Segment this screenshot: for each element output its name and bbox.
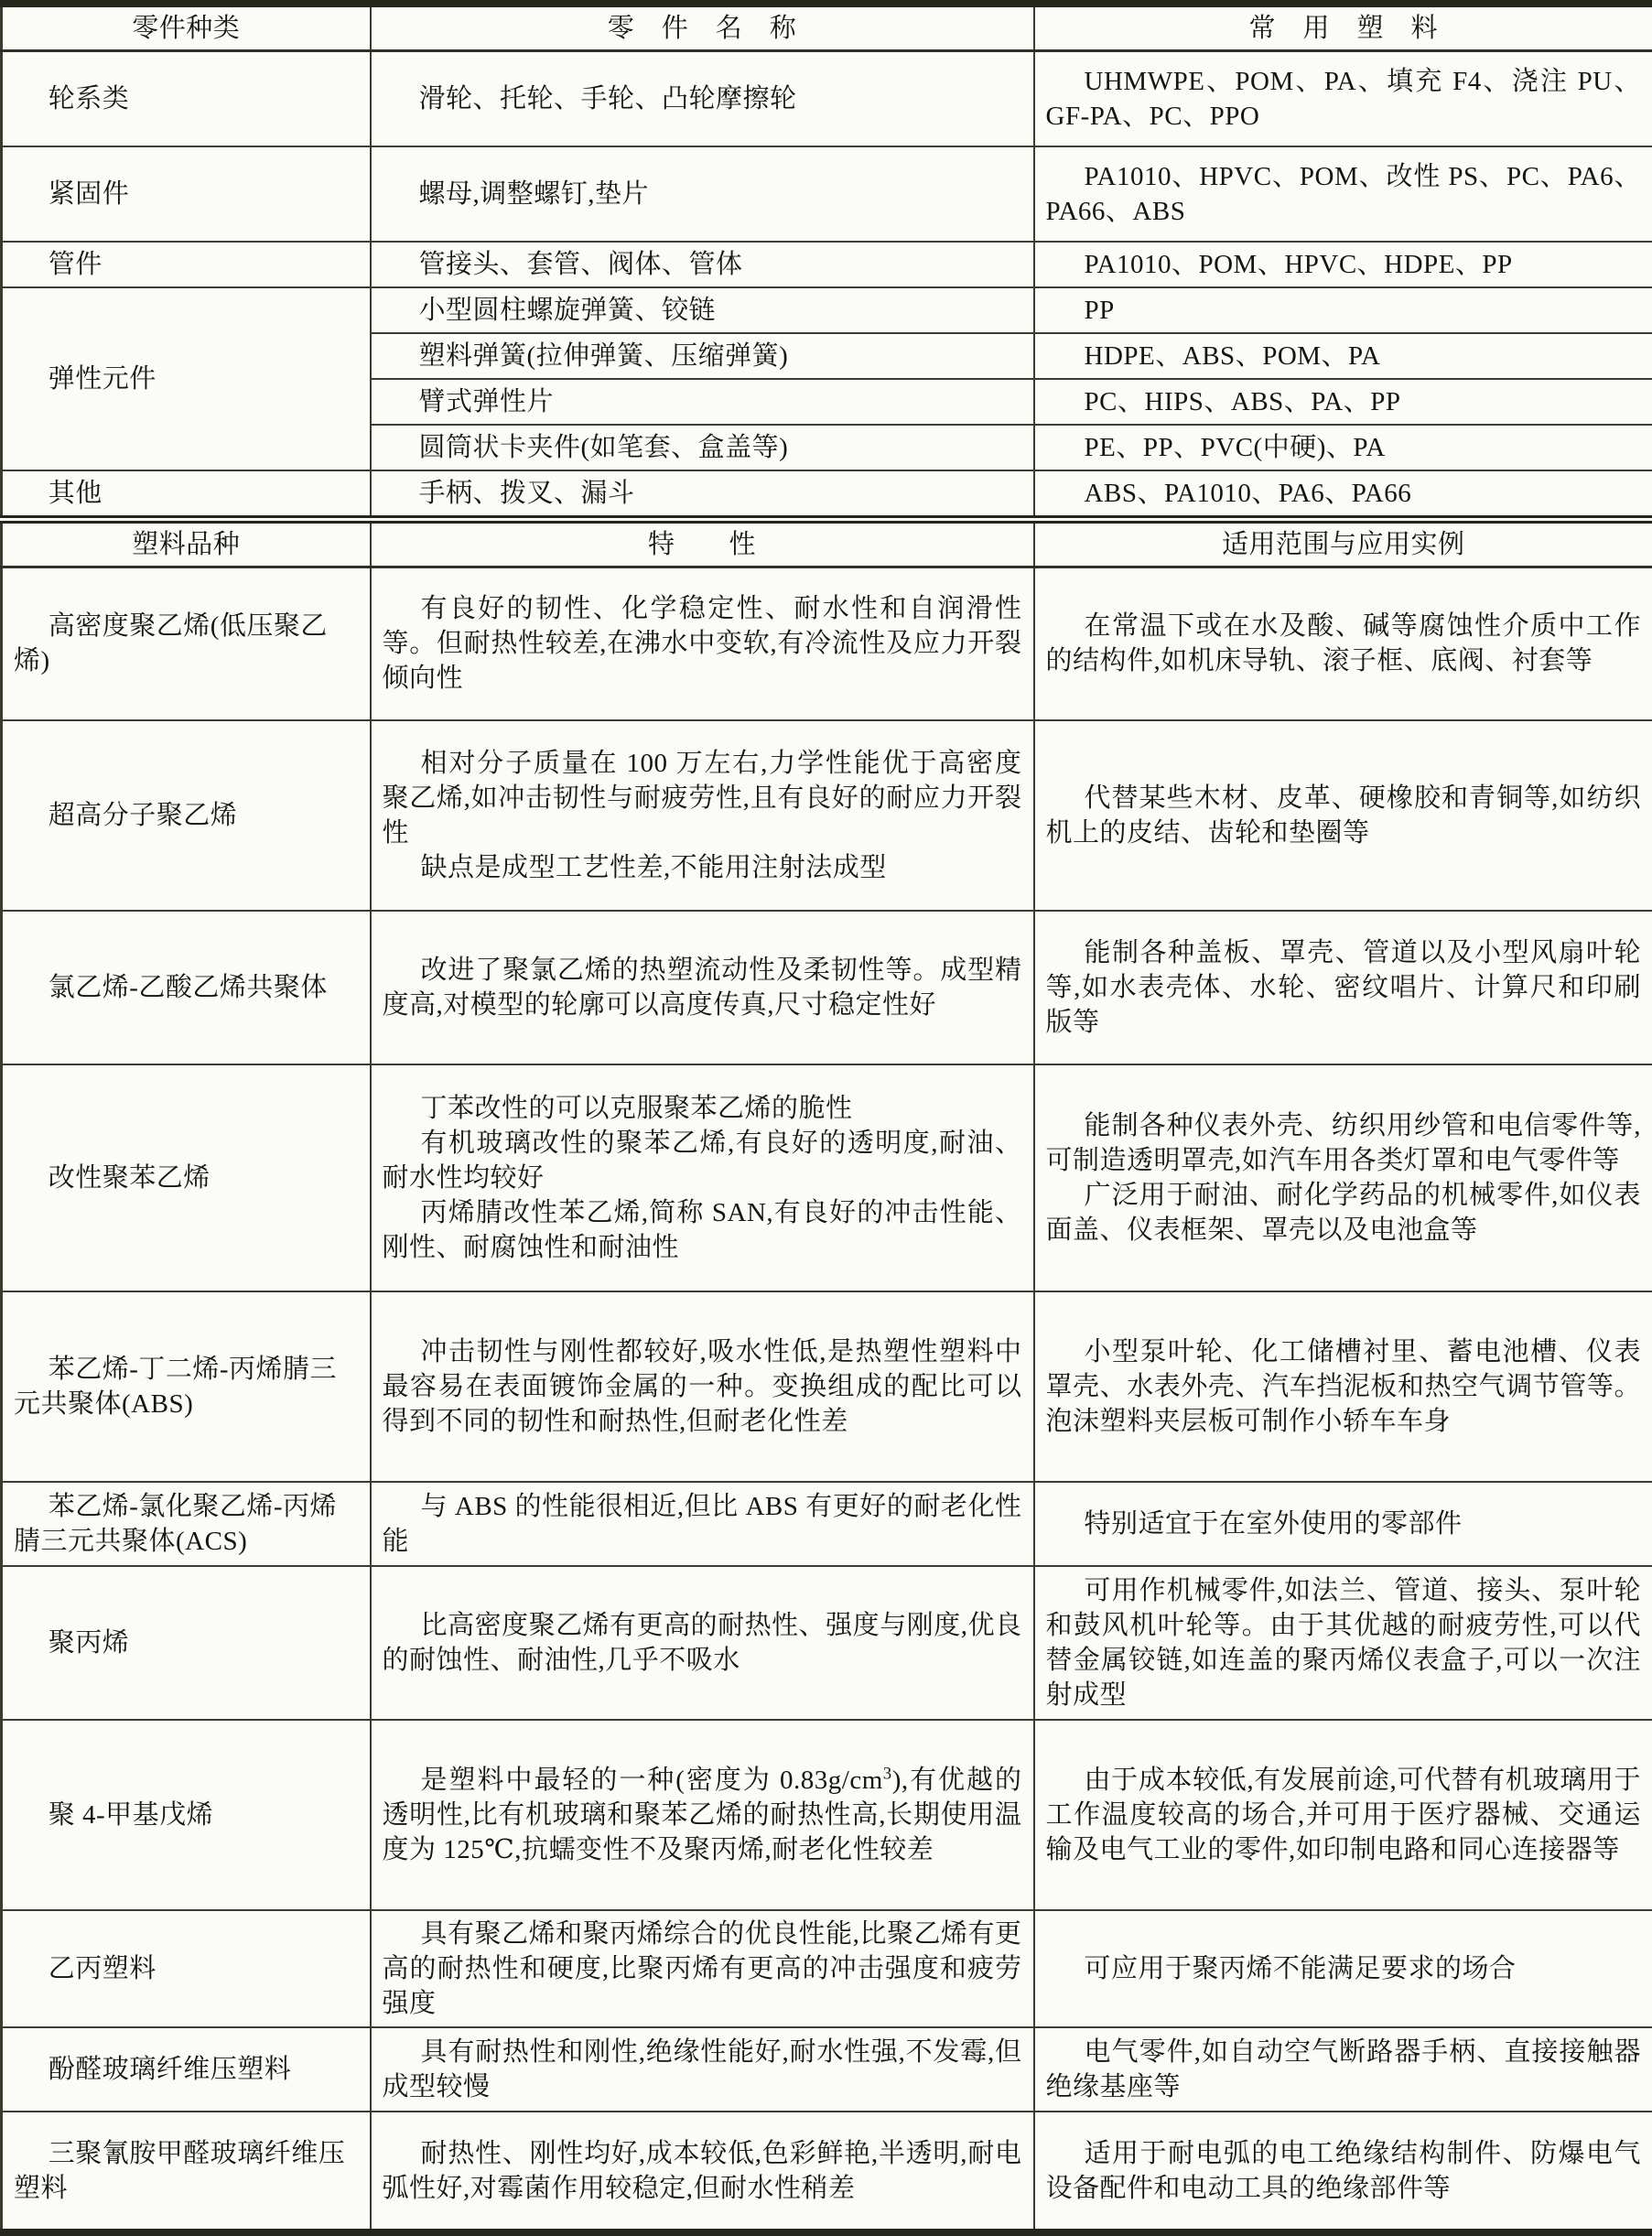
parts-cell: 圆筒状卡夹件(如笔套、盒盖等): [371, 425, 1034, 470]
header-label: 特 性: [377, 527, 1028, 562]
table-row-fasteners: 紧固件 螺母,调整螺钉,垫片 PA1010、HPVC、POM、改性 PS、PC、…: [2, 146, 1652, 242]
table-row-epm: 乙丙塑料 具有聚乙烯和聚丙烯综合的优良性能,比聚乙烯有更高的耐热性和硬度,比聚丙…: [2, 1910, 1652, 2027]
parts-cell: 臂式弹性片: [371, 379, 1034, 425]
variety-cell: 乙丙塑料: [2, 1910, 371, 2027]
parts-text: 塑料弹簧(拉伸弹簧、压缩弹簧): [419, 339, 1022, 373]
plastics-cell: PC、HIPS、ABS、PA、PP: [1034, 379, 1652, 425]
traits-cell: 耐热性、刚性均好,成本较低,色彩鲜艳,半透明,耐电弧性好,对霉菌作用较稳定,但耐…: [371, 2112, 1034, 2232]
table-row-melamine: 三聚氰胺甲醛玻璃纤维压塑料 耐热性、刚性均好,成本较低,色彩鲜艳,半透明,耐电弧…: [2, 2112, 1652, 2232]
table-row-pipe-fittings: 管件 管接头、套管、阀体、管体 PA1010、POM、HPVC、HDPE、PP: [2, 242, 1652, 287]
traits-cell: 有良好的韧性、化学稳定性、耐水性和自润滑性等。但耐热性较差,在沸水中变软,有冷流…: [371, 567, 1034, 720]
applications-cell: 可应用于聚丙烯不能满足要求的场合: [1034, 1910, 1652, 2027]
parts-text: 手柄、拨叉、漏斗: [419, 476, 1022, 511]
parts-cell: 管接头、套管、阀体、管体: [371, 242, 1034, 287]
parts-text: 滑轮、托轮、手轮、凸轮摩擦轮: [419, 81, 1022, 116]
traits-cell: 与 ABS 的性能很相近,但比 ABS 有更好的耐老化性能: [371, 1482, 1034, 1566]
category-label: 其他: [14, 476, 359, 511]
applications-paragraph: 能制各种仪表外壳、纺织用纱管和电信零件等,可制造透明罩壳,如汽车用各类灯罩和电气…: [1046, 1108, 1642, 1178]
variety-cell: 苯乙烯-丁二烯-丙烯腈三元共聚体(ABS): [2, 1291, 371, 1482]
header-common-plastics: 常 用 塑 料: [1034, 4, 1652, 51]
applications-paragraph: 小型泵叶轮、化工储槽衬里、蓄电池槽、仪表罩壳、水表外壳、汽车挡泥板和热空气调节管…: [1046, 1334, 1642, 1439]
plastics-text: PP: [1046, 293, 1642, 328]
variety-cell: 氯乙烯-乙酸乙烯共聚体: [2, 911, 371, 1064]
applications-paragraph: 特别适宜于在室外使用的零部件: [1046, 1507, 1642, 1541]
applications-paragraph: 适用于耐电弧的电工绝缘结构制件、防爆电气设备配件和电动工具的绝缘部件等: [1046, 2136, 1642, 2206]
applications-cell: 可用作机械零件,如法兰、管道、接头、泵叶轮和鼓风机叶轮等。由于其优越的耐疲劳性,…: [1034, 1566, 1652, 1720]
applications-paragraph: 能制各种盖板、罩壳、管道以及小型风扇叶轮等,如水表壳体、水轮、密纹唱片、计算尺和…: [1046, 935, 1642, 1040]
variety-label: 三聚氰胺甲醛玻璃纤维压塑料: [14, 2136, 359, 2206]
category-cell: 紧固件: [2, 146, 371, 242]
traits-paragraph: 具有耐热性和刚性,绝缘性能好,耐水性强,不发霉,但成型较慢: [383, 2035, 1022, 2104]
table-row-wheels: 轮系类 滑轮、托轮、手轮、凸轮摩擦轮 UHMWPE、POM、PA、填充 F4、浇…: [2, 51, 1652, 146]
parts-text: 臂式弹性片: [419, 384, 1022, 419]
category-label: 轮系类: [14, 81, 359, 116]
variety-cell: 聚丙烯: [2, 1566, 371, 1720]
traits-paragraph: 丙烯腈改性苯乙烯,简称 SAN,有良好的冲击性能、刚性、耐腐蚀性和耐油性: [383, 1195, 1022, 1265]
header-characteristics: 特 性: [371, 519, 1034, 567]
variety-label: 聚丙烯: [14, 1626, 359, 1660]
document-page: 零件种类 零 件 名 称 常 用 塑 料 轮系类 滑轮、托轮、手轮、凸轮摩擦轮 …: [0, 0, 1652, 2236]
traits-cell: 具有聚乙烯和聚丙烯综合的优良性能,比聚乙烯有更高的耐热性和硬度,比聚丙烯有更高的…: [371, 1910, 1034, 2027]
parts-cell: 塑料弹簧(拉伸弹簧、压缩弹簧): [371, 333, 1034, 379]
traits-paragraph: 有良好的韧性、化学稳定性、耐水性和自润滑性等。但耐热性较差,在沸水中变软,有冷流…: [383, 591, 1022, 696]
plastics-text: PA1010、POM、HPVC、HDPE、PP: [1046, 247, 1642, 282]
parts-header-row: 零件种类 零 件 名 称 常 用 塑 料: [2, 4, 1652, 51]
plastics-cell: PE、PP、PVC(中硬)、PA: [1034, 425, 1652, 470]
plastics-text: PA1010、HPVC、POM、改性 PS、PC、PA6、PA66、ABS: [1046, 159, 1642, 229]
applications-paragraph: 由于成本较低,有发展前途,可代替有机玻璃用于工作温度较高的场合,并可用于医疗器械…: [1046, 1763, 1642, 1867]
category-label: 紧固件: [14, 177, 359, 211]
plastics-text: PC、HIPS、ABS、PA、PP: [1046, 384, 1642, 419]
applications-cell: 小型泵叶轮、化工储槽衬里、蓄电池槽、仪表罩壳、水表外壳、汽车挡泥板和热空气调节管…: [1034, 1291, 1652, 1482]
variety-cell: 苯乙烯-氯化聚乙烯-丙烯腈三元共聚体(ACS): [2, 1482, 371, 1566]
category-cell-elastic: 弹性元件: [2, 287, 371, 470]
variety-cell: 高密度聚乙烯(低压聚乙烯): [2, 567, 371, 720]
applications-paragraph: 电气零件,如自动空气断路器手柄、直接接触器绝缘基座等: [1046, 2035, 1642, 2104]
applications-cell: 在常温下或在水及酸、碱等腐蚀性介质中工作的结构件,如机床导轨、滚子框、底阀、衬套…: [1034, 567, 1652, 720]
parts-text: 管接头、套管、阀体、管体: [419, 247, 1022, 282]
category-cell: 管件: [2, 242, 371, 287]
variety-cell: 酚醛玻璃纤维压塑料: [2, 2027, 371, 2112]
header-part-category: 零件种类: [2, 4, 371, 51]
variety-cell: 聚 4-甲基戊烯: [2, 1720, 371, 1910]
plastics-cell: PP: [1034, 287, 1652, 333]
parts-cell: 手柄、拨叉、漏斗: [371, 470, 1034, 520]
traits-paragraph: 缺点是成型工艺性差,不能用注射法成型: [383, 850, 1022, 885]
traits-cell: 改进了聚氯乙烯的热塑流动性及柔韧性等。成型精度高,对模型的轮廓可以高度传真,尺寸…: [371, 911, 1034, 1064]
applications-cell: 能制各种仪表外壳、纺织用纱管和电信零件等,可制造透明罩壳,如汽车用各类灯罩和电气…: [1034, 1064, 1652, 1291]
traits-paragraph: 丁苯改性的可以克服聚苯乙烯的脆性: [383, 1091, 1022, 1126]
variety-label: 苯乙烯-氯化聚乙烯-丙烯腈三元共聚体(ACS): [14, 1489, 359, 1559]
superscript: 3: [883, 1764, 892, 1783]
table-row-acs: 苯乙烯-氯化聚乙烯-丙烯腈三元共聚体(ACS) 与 ABS 的性能很相近,但比 …: [2, 1482, 1652, 1566]
table-row-pmp: 聚 4-甲基戊烯 是塑料中最轻的一种(密度为 0.83g/cm3),有优越的透明…: [2, 1720, 1652, 1910]
traits-paragraph: 耐热性、刚性均好,成本较低,色彩鲜艳,半透明,耐电弧性好,对霉菌作用较稳定,但耐…: [383, 2136, 1022, 2206]
applications-paragraph: 广泛用于耐油、耐化学药品的机械零件,如仪表面盖、仪表框架、罩壳以及电池盒等: [1046, 1178, 1642, 1248]
applications-paragraph: 可用作机械零件,如法兰、管道、接头、泵叶轮和鼓风机叶轮等。由于其优越的耐疲劳性,…: [1046, 1573, 1642, 1712]
plastics-text: ABS、PA1010、PA6、PA66: [1046, 476, 1642, 511]
traits-paragraph: 相对分子质量在 100 万左右,力学性能优于高密度聚乙烯,如冲击韧性与耐疲劳性,…: [383, 746, 1022, 850]
traits-cell: 丁苯改性的可以克服聚苯乙烯的脆性 有机玻璃改性的聚苯乙烯,有良好的透明度,耐油、…: [371, 1064, 1034, 1291]
parts-cell: 小型圆柱螺旋弹簧、铰链: [371, 287, 1034, 333]
parts-cell: 滑轮、托轮、手轮、凸轮摩擦轮: [371, 51, 1034, 146]
plastics-cell: PA1010、HPVC、POM、改性 PS、PC、PA6、PA66、ABS: [1034, 146, 1652, 242]
category-label: 弹性元件: [14, 362, 359, 396]
plastics-cell: UHMWPE、POM、PA、填充 F4、浇注 PU、GF-PA、PC、PPO: [1034, 51, 1652, 146]
plastics-cell: PA1010、POM、HPVC、HDPE、PP: [1034, 242, 1652, 287]
plastics-cell: HDPE、ABS、POM、PA: [1034, 333, 1652, 379]
category-label: 管件: [14, 247, 359, 282]
applications-cell: 由于成本较低,有发展前途,可代替有机玻璃用于工作温度较高的场合,并可用于医疗器械…: [1034, 1720, 1652, 1910]
applications-cell: 适用于耐电弧的电工绝缘结构制件、防爆电气设备配件和电动工具的绝缘部件等: [1034, 2112, 1652, 2232]
applications-cell: 电气零件,如自动空气断路器手柄、直接接触器绝缘基座等: [1034, 2027, 1652, 2112]
traits-paragraph: 比高密度聚乙烯有更高的耐热性、强度与刚度,优良的耐蚀性、耐油性,几乎不吸水: [383, 1608, 1022, 1678]
variety-label: 酚醛玻璃纤维压塑料: [14, 2052, 359, 2087]
variety-label: 聚 4-甲基戊烯: [14, 1798, 359, 1832]
traits-paragraph: 是塑料中最轻的一种(密度为 0.83g/cm3),有优越的透明性,比有机玻璃和聚…: [383, 1763, 1022, 1867]
header-part-name: 零 件 名 称: [371, 4, 1034, 51]
table-row-others: 其他 手柄、拨叉、漏斗 ABS、PA1010、PA6、PA66: [2, 470, 1652, 520]
table-row-uhmwpe: 超高分子聚乙烯 相对分子质量在 100 万左右,力学性能优于高密度聚乙烯,如冲击…: [2, 720, 1652, 911]
variety-label: 超高分子聚乙烯: [14, 798, 359, 833]
applications-paragraph: 代替某些木材、皮革、硬橡胶和青铜等,如纺织机上的皮结、齿轮和垫圈等: [1046, 781, 1642, 850]
table-row-pp: 聚丙烯 比高密度聚乙烯有更高的耐热性、强度与刚度,优良的耐蚀性、耐油性,几乎不吸…: [2, 1566, 1652, 1720]
category-cell: 轮系类: [2, 51, 371, 146]
variety-label: 高密度聚乙烯(低压聚乙烯): [14, 609, 359, 678]
traits-paragraph: 冲击韧性与刚性都较好,吸水性低,是热塑性塑料中最容易在表面镀饰金属的一种。变换组…: [383, 1334, 1022, 1439]
header-label: 常 用 塑 料: [1041, 11, 1647, 46]
traits-paragraph: 有机玻璃改性的聚苯乙烯,有良好的透明度,耐油、耐水性均较好: [383, 1126, 1022, 1195]
header-plastic-variety: 塑料品种: [2, 519, 371, 567]
variety-label: 苯乙烯-丁二烯-丙烯腈三元共聚体(ABS): [14, 1352, 359, 1421]
traits-cell: 相对分子质量在 100 万左右,力学性能优于高密度聚乙烯,如冲击韧性与耐疲劳性,…: [371, 720, 1034, 911]
applications-cell: 特别适宜于在室外使用的零部件: [1034, 1482, 1652, 1566]
traits-cell: 比高密度聚乙烯有更高的耐热性、强度与刚度,优良的耐蚀性、耐油性,几乎不吸水: [371, 1566, 1034, 1720]
table-row-vinyl-acetate: 氯乙烯-乙酸乙烯共聚体 改进了聚氯乙烯的热塑流动性及柔韧性等。成型精度高,对模型…: [2, 911, 1652, 1064]
header-label: 零件种类: [8, 11, 364, 46]
plastics-text: PE、PP、PVC(中硬)、PA: [1046, 430, 1642, 465]
traits-paragraph: 与 ABS 的性能很相近,但比 ABS 有更好的耐老化性能: [383, 1489, 1022, 1559]
plastics-text: UHMWPE、POM、PA、填充 F4、浇注 PU、GF-PA、PC、PPO: [1046, 64, 1642, 134]
variety-cell: 改性聚苯乙烯: [2, 1064, 371, 1291]
applications-paragraph: 在常温下或在水及酸、碱等腐蚀性介质中工作的结构件,如机床导轨、滚子框、底阀、衬套…: [1046, 609, 1642, 678]
parts-text: 小型圆柱螺旋弹簧、铰链: [419, 293, 1022, 328]
traits-text: 是塑料中最轻的一种(密度为 0.83g/cm: [421, 1766, 883, 1795]
applications-cell: 能制各种盖板、罩壳、管道以及小型风扇叶轮等,如水表壳体、水轮、密纹唱片、计算尺和…: [1034, 911, 1652, 1064]
table-row-phenolic: 酚醛玻璃纤维压塑料 具有耐热性和刚性,绝缘性能好,耐水性强,不发霉,但成型较慢 …: [2, 2027, 1652, 2112]
category-cell: 其他: [2, 470, 371, 520]
header-applications: 适用范围与应用实例: [1034, 519, 1652, 567]
table-row-elastic-1: 弹性元件 小型圆柱螺旋弹簧、铰链 PP: [2, 287, 1652, 333]
variety-label: 乙丙塑料: [14, 1951, 359, 1986]
variety-label: 改性聚苯乙烯: [14, 1161, 359, 1195]
plastics-cell: ABS、PA1010、PA6、PA66: [1034, 470, 1652, 520]
applications-cell: 代替某些木材、皮革、硬橡胶和青铜等,如纺织机上的皮结、齿轮和垫圈等: [1034, 720, 1652, 911]
parts-text: 圆筒状卡夹件(如笔套、盒盖等): [419, 430, 1022, 465]
traits-paragraph: 改进了聚氯乙烯的热塑流动性及柔韧性等。成型精度高,对模型的轮廓可以高度传真,尺寸…: [383, 953, 1022, 1022]
variety-cell: 三聚氰胺甲醛玻璃纤维压塑料: [2, 2112, 371, 2232]
header-label: 适用范围与应用实例: [1041, 527, 1647, 562]
table-row-abs: 苯乙烯-丁二烯-丙烯腈三元共聚体(ABS) 冲击韧性与刚性都较好,吸水性低,是热…: [2, 1291, 1652, 1482]
parts-text: 螺母,调整螺钉,垫片: [419, 177, 1022, 211]
table-row-hdpe: 高密度聚乙烯(低压聚乙烯) 有良好的韧性、化学稳定性、耐水性和自润滑性等。但耐热…: [2, 567, 1652, 720]
applications-paragraph: 可应用于聚丙烯不能满足要求的场合: [1046, 1951, 1642, 1986]
header-label: 零 件 名 称: [377, 11, 1028, 46]
plastics-text: HDPE、ABS、POM、PA: [1046, 339, 1642, 373]
variety-label: 氯乙烯-乙酸乙烯共聚体: [14, 970, 359, 1005]
table-row-modified-ps: 改性聚苯乙烯 丁苯改性的可以克服聚苯乙烯的脆性 有机玻璃改性的聚苯乙烯,有良好的…: [2, 1064, 1652, 1291]
traits-paragraph: 具有聚乙烯和聚丙烯综合的优良性能,比聚乙烯有更高的耐热性和硬度,比聚丙烯有更高的…: [383, 1917, 1022, 2021]
variety-cell: 超高分子聚乙烯: [2, 720, 371, 911]
header-label: 塑料品种: [8, 527, 364, 562]
parts-cell: 螺母,调整螺钉,垫片: [371, 146, 1034, 242]
traits-cell: 具有耐热性和刚性,绝缘性能好,耐水性强,不发霉,但成型较慢: [371, 2027, 1034, 2112]
traits-cell: 冲击韧性与刚性都较好,吸水性低,是热塑性塑料中最容易在表面镀饰金属的一种。变换组…: [371, 1291, 1034, 1482]
plastic-parts-spec-table: 零件种类 零 件 名 称 常 用 塑 料 轮系类 滑轮、托轮、手轮、凸轮摩擦轮 …: [0, 0, 1652, 2236]
varieties-header-row: 塑料品种 特 性 适用范围与应用实例: [2, 519, 1652, 567]
traits-cell: 是塑料中最轻的一种(密度为 0.83g/cm3),有优越的透明性,比有机玻璃和聚…: [371, 1720, 1034, 1910]
